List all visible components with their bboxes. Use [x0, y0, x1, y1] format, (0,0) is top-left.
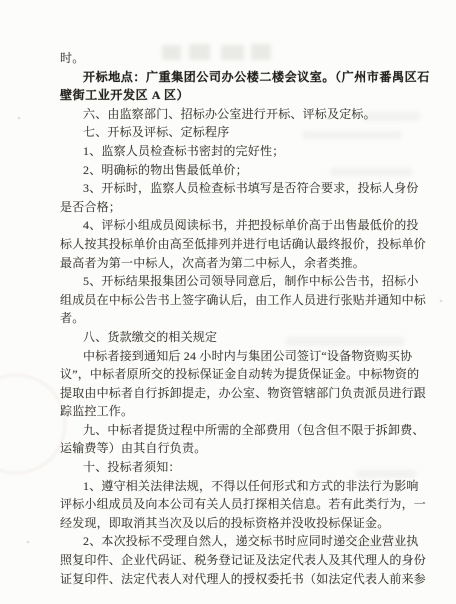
- scan-speck: [440, 300, 442, 302]
- text-line: 壁街工业开发区 A 区）: [60, 86, 432, 105]
- text-line: 运输费等）由其自行负责。: [60, 439, 432, 458]
- scan-speck: [27, 541, 29, 543]
- text-line: 开标地点：广重集团公司办公楼二楼会议室。（广州市番禺区石: [60, 68, 432, 87]
- text-line: 4、评标小组成员阅读标书，并把投标单价高于出售最低价的投: [60, 216, 432, 235]
- text-line: 经发现，即取消其当次及以后的投标资格并没收投标保证金。: [60, 514, 432, 533]
- text-line: 六、由监察部门、招标办公室进行开标、评标及定标。: [60, 105, 432, 124]
- text-line: 1、监察人员检查标书密封的完好性；: [60, 142, 432, 161]
- text-line: 评标小组成员及向本公司有关人员打探相关信息。若有此类行为，一: [60, 495, 432, 514]
- document-text: 时。开标地点：广重集团公司办公楼二楼会议室。（广州市番禺区石壁街工业开发区 A …: [60, 49, 432, 588]
- text-line: 七、开标及评标、定标程序: [60, 123, 432, 142]
- text-line: 提取由中标者自行拆卸提走，办公室、物资管辖部门负责派员进行跟: [60, 384, 432, 403]
- text-line: 者。: [60, 309, 432, 328]
- text-line: 标人按其投标单价由高至低排列并进行电话确认最终报价，投标单价: [60, 235, 432, 254]
- text-line: 议”，中标者原所交的投标保证金自动转为提货保证金。中标物资的: [60, 365, 432, 384]
- text-line: 十、投标者须知：: [60, 458, 432, 477]
- text-line: 最高者为第一中标人，次高者为第二中标人，余者类推。: [60, 254, 432, 273]
- text-line: 1、遵守相关法律法规，不得以任何形式和方式的非法行为影响: [60, 477, 432, 496]
- text-line: 5、开标结果报集团公司领导同意后，制作中标公告书，招标小: [60, 272, 432, 291]
- text-line: 照复印件、企业代码证、税务登记证及法定代表人及其代理人的身份: [60, 551, 432, 570]
- text-line: 2、本次投标不受理自然人，递交标书时应同时递交企业营业执: [60, 532, 432, 551]
- text-line: 八、货款缴交的相关规定: [60, 328, 432, 347]
- scanned-document-page: 时。开标地点：广重集团公司办公楼二楼会议室。（广州市番禺区石壁街工业开发区 A …: [0, 0, 456, 604]
- text-line: 是否合格；: [60, 198, 432, 217]
- text-line: 九、中标者提货过程中所需的全部费用（包含但不限于拆卸费、: [60, 421, 432, 440]
- stamp-ghost-circle: [0, 374, 66, 474]
- text-line: 证复印件、法定代表人对代理人的授权委托书（如法定代表人前来参: [60, 570, 432, 589]
- text-line: 3、开标时，监察人员检查标书填写是否符合要求，投标人身份: [60, 179, 432, 198]
- scan-speck: [18, 117, 20, 119]
- text-line: 中标者接到通知后 24 小时内与集团公司签订“设备物资购买协: [60, 347, 432, 366]
- text-line: 时。: [60, 49, 432, 68]
- text-line: 组成员在中标公告书上签字确认后，由工作人员进行张贴并通知中标: [60, 291, 432, 310]
- text-line: 2、明确标的物出售最低单价；: [60, 161, 432, 180]
- text-line: 踪监控工作。: [60, 402, 432, 421]
